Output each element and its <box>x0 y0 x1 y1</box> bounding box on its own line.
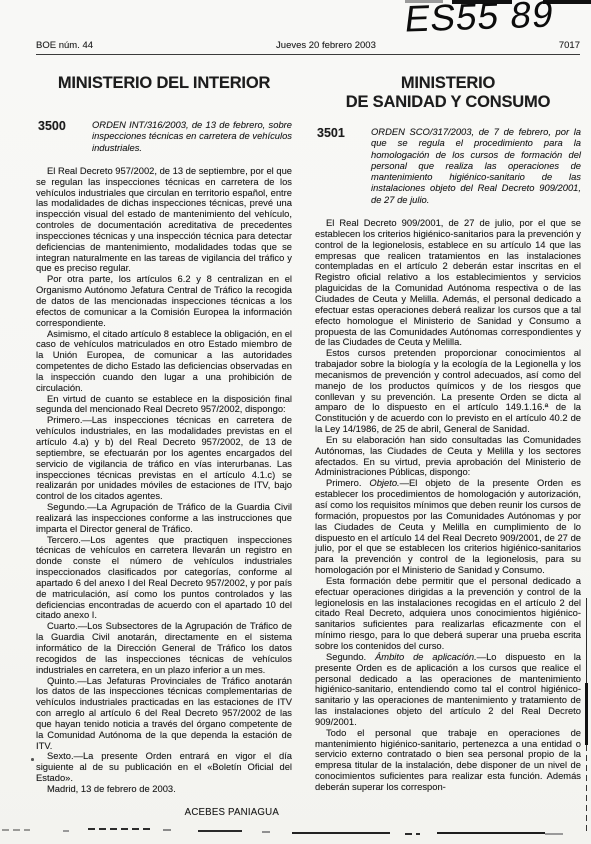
paragraph: El Real Decreto 957/2002, de 13 de septi… <box>36 166 292 274</box>
paragraph: Tercero.—Los agentes que practiquen insp… <box>36 535 292 622</box>
order-3500-heading: 3500 ORDEN INT/316/2003, de 13 de febrer… <box>36 119 292 153</box>
boe-scanned-page: ES55 89 BOE núm. 44 Jueves 20 febrero 20… <box>0 0 591 844</box>
paragraph: Primero.—Las inspecciones técnicas en ca… <box>36 415 292 502</box>
right-column: MINISTERIO DE SANIDAD Y CONSUMO 3501 ORD… <box>315 68 581 793</box>
paragraph-text: En su elaboración han sido consultadas l… <box>315 434 581 478</box>
signature: ACEBES PANIAGUA <box>36 807 292 818</box>
paragraph-text: Todo el personal que trabaje en operacio… <box>315 727 581 792</box>
paragraph: Esta formación debe permitir que el pers… <box>315 576 581 652</box>
paragraph: Sexto.—La presente Orden entrará en vigo… <box>36 751 292 784</box>
scan-artifact-bottom-dash-5 <box>198 830 242 832</box>
order-3500-body: El Real Decreto 957/2002, de 13 de septi… <box>36 166 292 818</box>
paragraph: Quinto.—Las Jefaturas Provinciales de Tr… <box>36 676 292 752</box>
scan-artifact-bottom-dash-2 <box>63 830 69 832</box>
order-title: ORDEN SCO/317/2003, de 7 de febrero, por… <box>371 126 581 205</box>
order-number: 3501 <box>315 126 371 205</box>
scan-artifact-bottom-dash-1 <box>2 829 30 831</box>
paragraph: En virtud de cuanto se establece en la d… <box>36 394 292 416</box>
scan-artifact-bottom-dash-3 <box>88 828 150 830</box>
left-column: MINISTERIO DEL INTERIOR 3500 ORDEN INT/3… <box>36 68 292 818</box>
ministry-heading-line2: DE SANIDAD Y CONSUMO <box>315 93 581 112</box>
order-3501-body: El Real Decreto 909/2001, de 27 de julio… <box>315 218 581 793</box>
order-number: 3500 <box>36 119 92 153</box>
scan-artifact-right-line-1 <box>586 598 588 683</box>
paragraph-ordinal: Segundo. <box>326 651 375 662</box>
paragraph-text: —Lo dispuesto en la presente Orden es de… <box>315 651 581 727</box>
paragraph: Primero. Objeto.—El objeto de la present… <box>315 478 581 576</box>
paragraph-text: Estos cursos pretenden proporcionar cono… <box>315 347 581 434</box>
paragraph: En su elaboración han sido consultadas l… <box>315 435 581 478</box>
paragraph-text: Esta formación debe permitir que el pers… <box>315 575 581 651</box>
ministry-heading-line1: MINISTERIO <box>315 74 581 93</box>
ministry-heading-sanidad: MINISTERIO DE SANIDAD Y CONSUMO <box>315 74 581 112</box>
paragraph: Por otra parte, los artículos 6.2 y 8 ce… <box>36 274 292 328</box>
scan-artifact-right-line-3 <box>586 745 587 833</box>
scan-artifact-bottom-dash-10 <box>545 833 563 835</box>
paragraph-text: El Real Decreto 909/2001, de 27 de julio… <box>315 217 581 347</box>
paragraph: El Real Decreto 909/2001, de 27 de julio… <box>315 218 581 348</box>
paragraph: Cuarto.—Los Subsectores de la Agrupación… <box>36 621 292 675</box>
scan-artifact-bottom-dash-6 <box>262 831 270 833</box>
paragraph: Asimismo, el citado artículo 8 establece… <box>36 329 292 394</box>
scan-artifact-bottom-dash-7 <box>292 832 390 834</box>
paragraph: Segundo.—La Agrupación de Tráfico de la … <box>36 502 292 535</box>
paragraph-ordinal: Primero. <box>326 477 369 488</box>
header-issue-number: BOE núm. 44 <box>36 40 93 51</box>
scan-artifact-ink-dot <box>31 758 34 761</box>
ministry-heading-interior: MINISTERIO DEL INTERIOR <box>36 74 292 93</box>
scan-artifact-bottom-dash-8 <box>405 833 420 835</box>
header-page-number: 7017 <box>559 40 580 51</box>
page-header: BOE núm. 44 Jueves 20 febrero 2003 7017 <box>36 40 580 55</box>
order-3501-heading: 3501 ORDEN SCO/317/2003, de 7 de febrero… <box>315 126 581 205</box>
paragraph: Segundo. Ámbito de aplicación.—Lo dispue… <box>315 652 581 728</box>
paragraph-rubric: Objeto. <box>369 477 399 488</box>
paragraph: Todo el personal que trabaje en operacio… <box>315 728 581 793</box>
scan-artifact-bottom-dash-4 <box>163 829 171 831</box>
paragraph-text: —El objeto de la presente Orden es estab… <box>315 477 581 575</box>
scan-artifact-right-line-2 <box>585 683 588 745</box>
handwritten-mark: ES55 89 <box>402 0 556 41</box>
dateline: Madrid, 13 de febrero de 2003. <box>36 784 292 795</box>
header-date: Jueves 20 febrero 2003 <box>93 40 559 51</box>
paragraph-rubric: Ámbito de aplicación. <box>375 651 477 662</box>
paragraph: Estos cursos pretenden proporcionar cono… <box>315 348 581 435</box>
scan-artifact-bottom-dash-9 <box>437 832 545 834</box>
order-title: ORDEN INT/316/2003, de 13 de febrero, so… <box>92 119 292 153</box>
